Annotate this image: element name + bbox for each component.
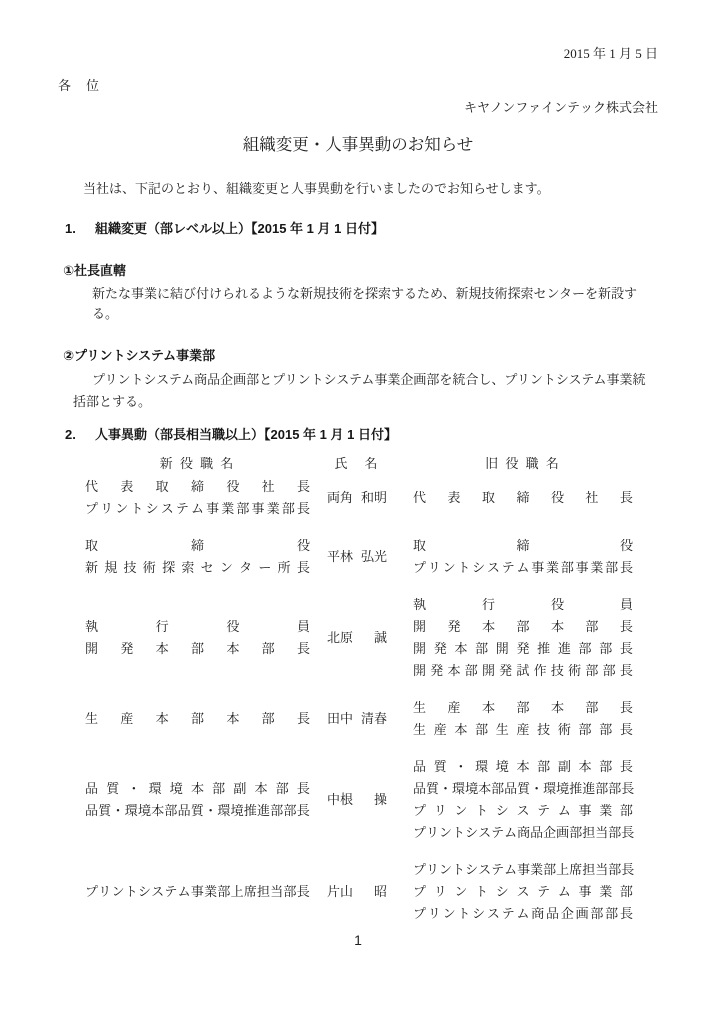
section-2-number: 2. <box>65 425 95 445</box>
table-row: 品質・環境本部副本部長品質・環境本部品質・環境推進部部長中根操品質・環境本部副本… <box>58 756 658 844</box>
name-cell: 片山昭 <box>327 881 387 903</box>
name-cell: 田中清春 <box>327 708 387 730</box>
company-name: キヤノンファインテック株式会社 <box>58 98 658 118</box>
section-1-number: 1. <box>65 219 95 239</box>
table-row: 代表取締役社長プリントシステム事業部事業部長両角和明代表取締役社長 <box>58 476 658 520</box>
org-change-item-2-body: プリントシステム商品企画部とプリントシステム事業企画部を統合し、プリントシステム… <box>73 369 657 413</box>
job-title-line: プリントシステム事業部 <box>413 800 633 822</box>
old-title-cell: プリントシステム事業部上席担当部長プリントシステム事業部プリントシステム商品企画… <box>413 859 633 925</box>
job-title-line: プリントシステム事業部上席担当部長 <box>413 859 633 881</box>
job-title-line: 代表取締役社長 <box>413 487 633 509</box>
name-cell: 中根操 <box>327 789 387 811</box>
person-name-line: 田中清春 <box>327 708 387 730</box>
job-title-line: 生産本部生産技術部部長 <box>413 719 633 741</box>
job-title-line: 執行役員 <box>85 616 310 638</box>
org-change-item-1-body: 新たな事業に結び付けられるような新規技術を探索するため、新規技術探索センターを新… <box>92 284 658 324</box>
person-name-line: 片山昭 <box>327 881 387 903</box>
job-title-line: 開発本部本部長 <box>413 616 633 638</box>
table-row: 執行役員開発本部本部長北原誠執行役員開発本部本部長開発本部開発推進部部長開発本部… <box>58 594 658 682</box>
job-title-line: プリントシステム事業部 <box>413 881 633 903</box>
table-row: プリントシステム事業部上席担当部長片山昭プリントシステム事業部上席担当部長プリン… <box>58 859 658 925</box>
name-cell: 両角和明 <box>327 487 387 509</box>
job-title-line: プリントシステム商品企画部部長 <box>413 903 633 925</box>
job-title-line: 生産本部本部長 <box>413 697 633 719</box>
job-title-line: 品質・環境本部品質・環境推進部部長 <box>85 800 310 822</box>
old-title-cell: 執行役員開発本部本部長開発本部開発推進部部長開発本部開発試作技術部部長 <box>413 594 633 682</box>
job-title-line: 開発本部開発推進部部長 <box>413 638 633 660</box>
section-1-title: 組織変更（部レベル以上）【2015 年 1 月 1 日付】 <box>95 221 384 236</box>
org-change-item-2-heading: ②プリントシステム事業部 <box>58 346 658 366</box>
personnel-table-rows: 代表取締役社長プリントシステム事業部事業部長両角和明代表取締役社長取締役新規技術… <box>58 476 658 925</box>
section-1-heading: 1.組織変更（部レベル以上）【2015 年 1 月 1 日付】 <box>58 219 658 239</box>
old-title-cell: 品質・環境本部副本部長品質・環境本部品質・環境推進部部長プリントシステム事業部プ… <box>413 756 633 844</box>
person-name-line: 中根操 <box>327 789 387 811</box>
table-row: 取締役新規技術探索センター所長平林弘光取締役プリントシステム事業部事業部長 <box>58 535 658 579</box>
old-title-cell: 取締役プリントシステム事業部事業部長 <box>413 535 633 579</box>
table-row: 生産本部本部長田中清春生産本部本部長生産本部生産技術部部長 <box>58 697 658 741</box>
name-cell: 平林弘光 <box>327 546 387 568</box>
person-name-line: 平林弘光 <box>327 546 387 568</box>
job-title-line: 開発本部本部長 <box>85 638 310 660</box>
name-cell: 北原誠 <box>327 627 387 649</box>
document-title: 組織変更・人事異動のお知らせ <box>58 133 658 157</box>
job-title-line: 代表取締役社長 <box>85 476 310 498</box>
document-date: 2015 年 1 月 5 日 <box>58 44 658 64</box>
job-title-line: プリントシステム事業部上席担当部長 <box>85 881 310 903</box>
job-title-line: 品質・環境本部副本部長 <box>413 756 633 778</box>
intro-paragraph: 当社は、下記のとおり、組織変更と人事異動を行いましたのでお知らせします。 <box>58 179 658 199</box>
old-title-cell: 生産本部本部長生産本部生産技術部部長 <box>413 697 633 741</box>
job-title-line: 取締役 <box>85 535 310 557</box>
new-title-cell: 執行役員開発本部本部長 <box>85 616 310 660</box>
new-title-cell: 取締役新規技術探索センター所長 <box>85 535 310 579</box>
job-title-line: 取締役 <box>413 535 633 557</box>
job-title-line: プリントシステム事業部事業部長 <box>413 557 633 579</box>
job-title-line: プリントシステム商品企画部担当部長 <box>413 822 633 844</box>
new-title-cell: 代表取締役社長プリントシステム事業部事業部長 <box>85 476 310 520</box>
page-number: 1 <box>58 931 658 949</box>
job-title-line: 品質・環境本部品質・環境推進部部長 <box>413 778 633 800</box>
person-name-line: 両角和明 <box>327 487 387 509</box>
name-column-header: 氏 名 <box>327 454 387 474</box>
new-title-cell: 品質・環境本部副本部長品質・環境本部品質・環境推進部部長 <box>85 778 310 822</box>
recipient-line: 各 位 <box>58 76 658 96</box>
document-page: 2015 年 1 月 5 日 各 位 キヤノンファインテック株式会社 組織変更・… <box>0 0 724 1024</box>
job-title-line: 品質・環境本部副本部長 <box>85 778 310 800</box>
job-title-line: 生産本部本部長 <box>85 708 310 730</box>
new-title-cell: プリントシステム事業部上席担当部長 <box>85 881 310 903</box>
new-title-column-header: 新 役 職 名 <box>85 454 310 474</box>
personnel-table-header: 新 役 職 名 氏 名 旧 役 職 名 <box>58 454 658 474</box>
job-title-line: 新規技術探索センター所長 <box>85 557 310 579</box>
job-title-line: 開発本部開発試作技術部部長 <box>413 660 633 682</box>
job-title-line: 執行役員 <box>413 594 633 616</box>
old-title-cell: 代表取締役社長 <box>413 487 633 509</box>
person-name-line: 北原誠 <box>327 627 387 649</box>
section-2-title: 人事異動（部長相当職以上）【2015 年 1 月 1 日付】 <box>95 427 397 442</box>
org-change-item-1-heading: ①社長直轄 <box>58 261 658 281</box>
new-title-cell: 生産本部本部長 <box>85 708 310 730</box>
old-title-column-header: 旧 役 職 名 <box>413 454 633 474</box>
section-2-heading: 2.人事異動（部長相当職以上）【2015 年 1 月 1 日付】 <box>58 425 658 445</box>
job-title-line: プリントシステム事業部事業部長 <box>85 498 310 520</box>
